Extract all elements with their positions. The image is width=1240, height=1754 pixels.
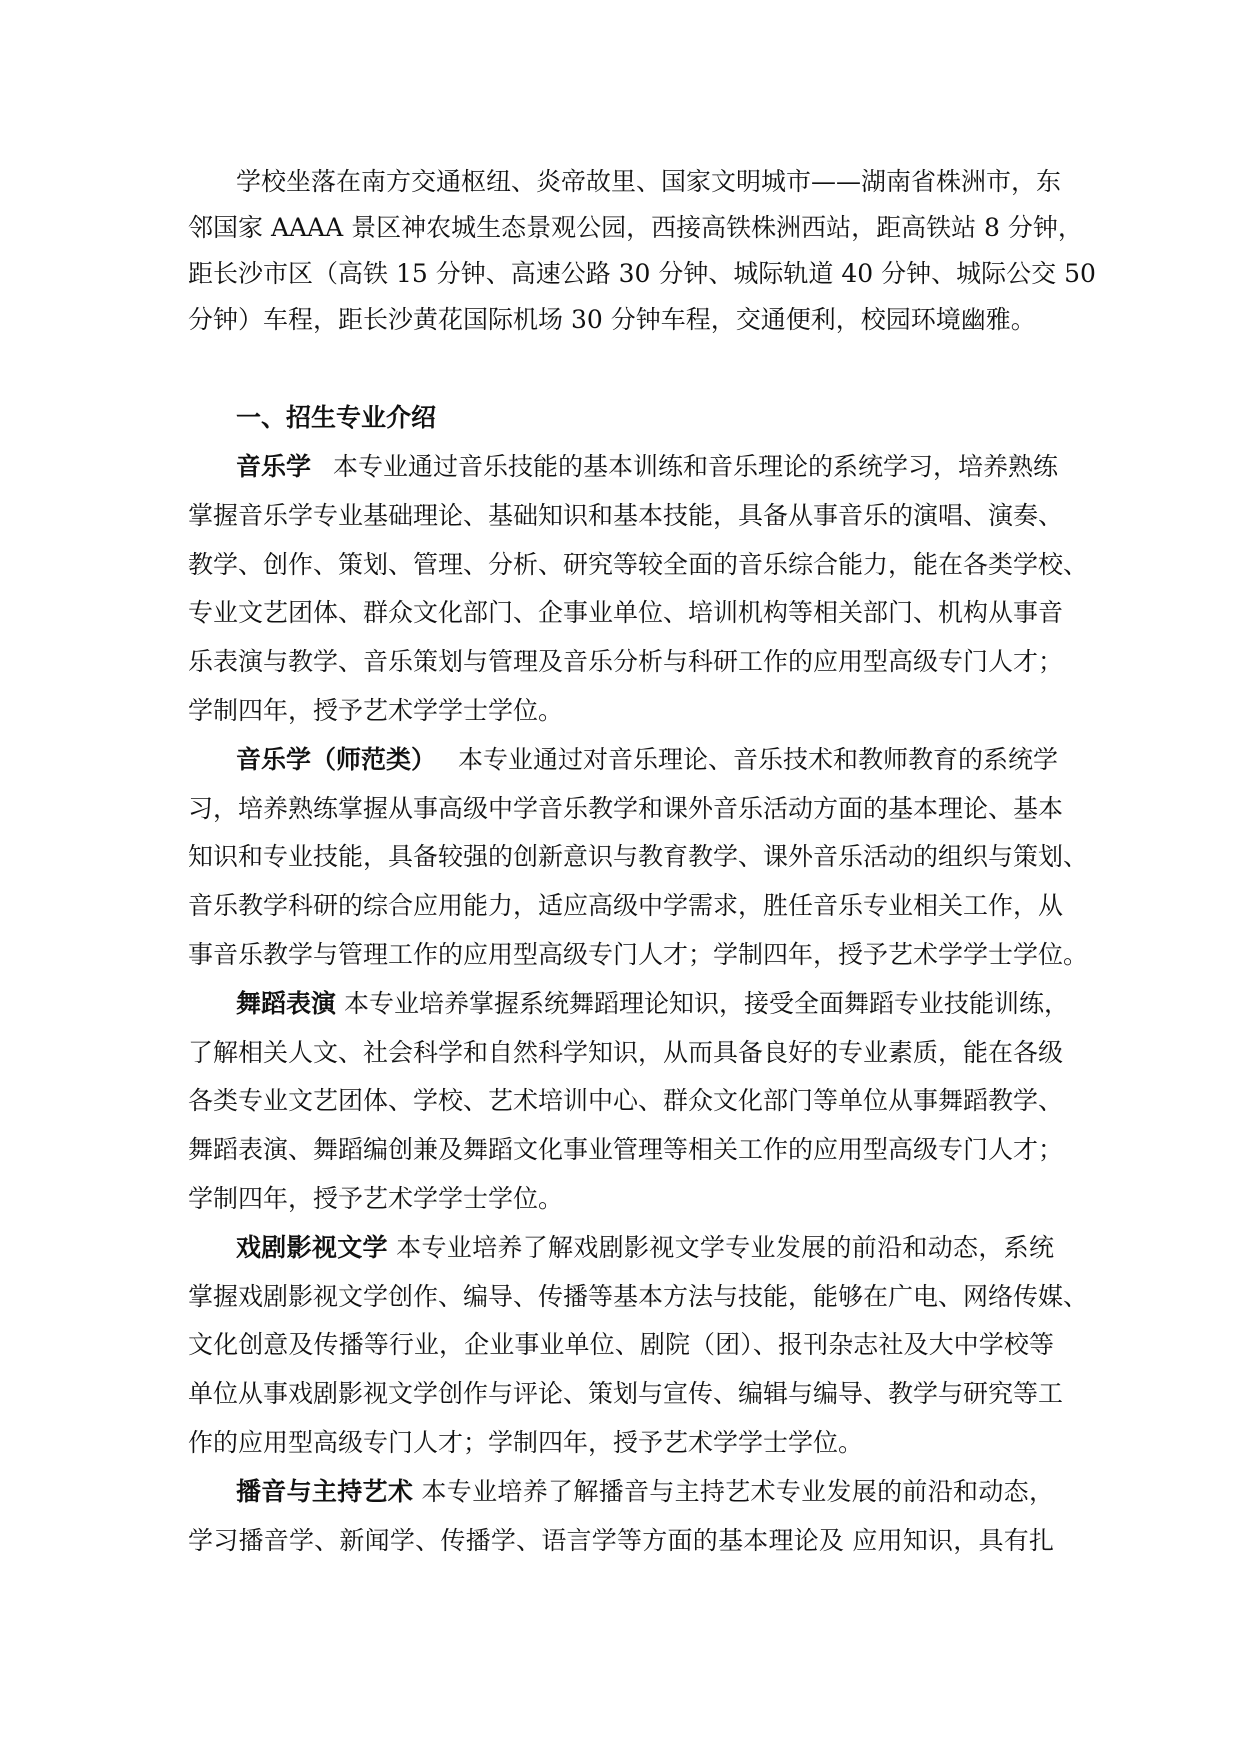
major-line: 知识和专业技能，具备较强的创新意识与教育教学、课外音乐活动的组织与策划、 — [188, 839, 1054, 875]
major-first-line: 音乐学本专业通过音乐技能的基本训练和音乐理论的系统学习，培养熟练 — [236, 449, 1054, 485]
major-line: 乐表演与教学、音乐策划与管理及音乐分析与科研工作的应用型高级专门人才； — [188, 644, 1054, 680]
intro-line: 邻国家 AAAA 景区神农城生态景观公园，西接高铁株洲西站，距高铁站 8 分钟， — [188, 210, 1054, 246]
major-line: 学制四年，授予艺术学学士学位。 — [188, 693, 1054, 729]
major-line: 学习播音学、新闻学、传播学、语言学等方面的基本理论及 应用知识，具有扎 — [188, 1523, 1054, 1559]
major-line: 掌握音乐学专业基础理论、基础知识和基本技能，具备从事音乐的演唱、演奏、 — [188, 498, 1054, 534]
major-name: 播音与主持艺术 — [236, 1477, 413, 1506]
major-name: 音乐学（师范类） — [236, 745, 436, 774]
major-name: 音乐学 — [236, 452, 311, 481]
major-line: 文化创意及传播等行业，企业事业单位、剧院（团）、报刊杂志社及大中学校等 — [188, 1327, 1054, 1363]
major-first-line: 播音与主持艺术本专业培养了解播音与主持艺术专业发展的前沿和动态， — [236, 1474, 1054, 1510]
major-first-line: 戏剧影视文学本专业培养了解戏剧影视文学专业发展的前沿和动态，系统 — [236, 1230, 1054, 1266]
major-line: 了解相关人文、社会科学和自然科学知识，从而具备良好的专业素质，能在各级 — [188, 1035, 1054, 1071]
intro-line: 分钟）车程，距长沙黄花国际机场 30 分钟车程，交通便利，校园环境幽雅。 — [188, 302, 1054, 338]
major-line: 专业文艺团体、群众文化部门、企事业单位、培训机构等相关部门、机构从事音 — [188, 595, 1054, 631]
major-description: 本专业培养了解播音与主持艺术专业发展的前沿和动态， — [421, 1477, 1054, 1506]
major-line: 单位从事戏剧影视文学创作与评论、策划与宣传、编辑与编导、教学与研究等工 — [188, 1376, 1054, 1412]
intro-line: 学校坐落在南方交通枢纽、炎帝故里、国家文明城市——湖南省株洲市，东 — [236, 164, 1054, 200]
major-line: 舞蹈表演、舞蹈编创兼及舞蹈文化事业管理等相关工作的应用型高级专门人才； — [188, 1132, 1054, 1168]
major-line: 各类专业文艺团体、学校、艺术培训中心、群众文化部门等单位从事舞蹈教学、 — [188, 1083, 1054, 1119]
major-description: 本专业培养掌握系统舞蹈理论知识，接受全面舞蹈专业技能训练， — [344, 989, 1069, 1018]
major-line: 作的应用型高级专门人才；学制四年，授予艺术学学士学位。 — [188, 1425, 1054, 1461]
major-line: 习，培养熟练掌握从事高级中学音乐教学和课外音乐活动方面的基本理论、基本 — [188, 791, 1054, 827]
major-name: 舞蹈表演 — [236, 989, 336, 1018]
major-line: 事音乐教学与管理工作的应用型高级专门人才；学制四年，授予艺术学学士学位。 — [188, 937, 1054, 973]
major-line: 音乐教学科研的综合应用能力，适应高级中学需求，胜任音乐专业相关工作，从 — [188, 888, 1054, 924]
major-first-line: 音乐学（师范类）本专业通过对音乐理论、音乐技术和教师教育的系统学 — [236, 742, 1054, 778]
major-name: 戏剧影视文学 — [236, 1233, 388, 1262]
major-line: 教学、创作、策划、管理、分析、研究等较全面的音乐综合能力，能在各类学校、 — [188, 547, 1054, 583]
major-description: 本专业通过对音乐理论、音乐技术和教师教育的系统学 — [458, 745, 1058, 774]
major-first-line: 舞蹈表演本专业培养掌握系统舞蹈理论知识，接受全面舞蹈专业技能训练， — [236, 986, 1054, 1022]
section-heading: 一、招生专业介绍 — [236, 400, 1054, 436]
major-line: 掌握戏剧影视文学创作、编导、传播等基本方法与技能，能够在广电、网络传媒、 — [188, 1279, 1054, 1315]
major-description: 本专业培养了解戏剧影视文学专业发展的前沿和动态，系统 — [396, 1233, 1054, 1262]
major-line: 学制四年，授予艺术学学士学位。 — [188, 1181, 1054, 1217]
intro-line: 距长沙市区（高铁 15 分钟、高速公路 30 分钟、城际轨道 40 分钟、城际公… — [188, 256, 1054, 292]
major-description: 本专业通过音乐技能的基本训练和音乐理论的系统学习，培养熟练 — [333, 452, 1058, 481]
document-page: 学校坐落在南方交通枢纽、炎帝故里、国家文明城市——湖南省株洲市，东 邻国家 AA… — [0, 0, 1240, 1754]
